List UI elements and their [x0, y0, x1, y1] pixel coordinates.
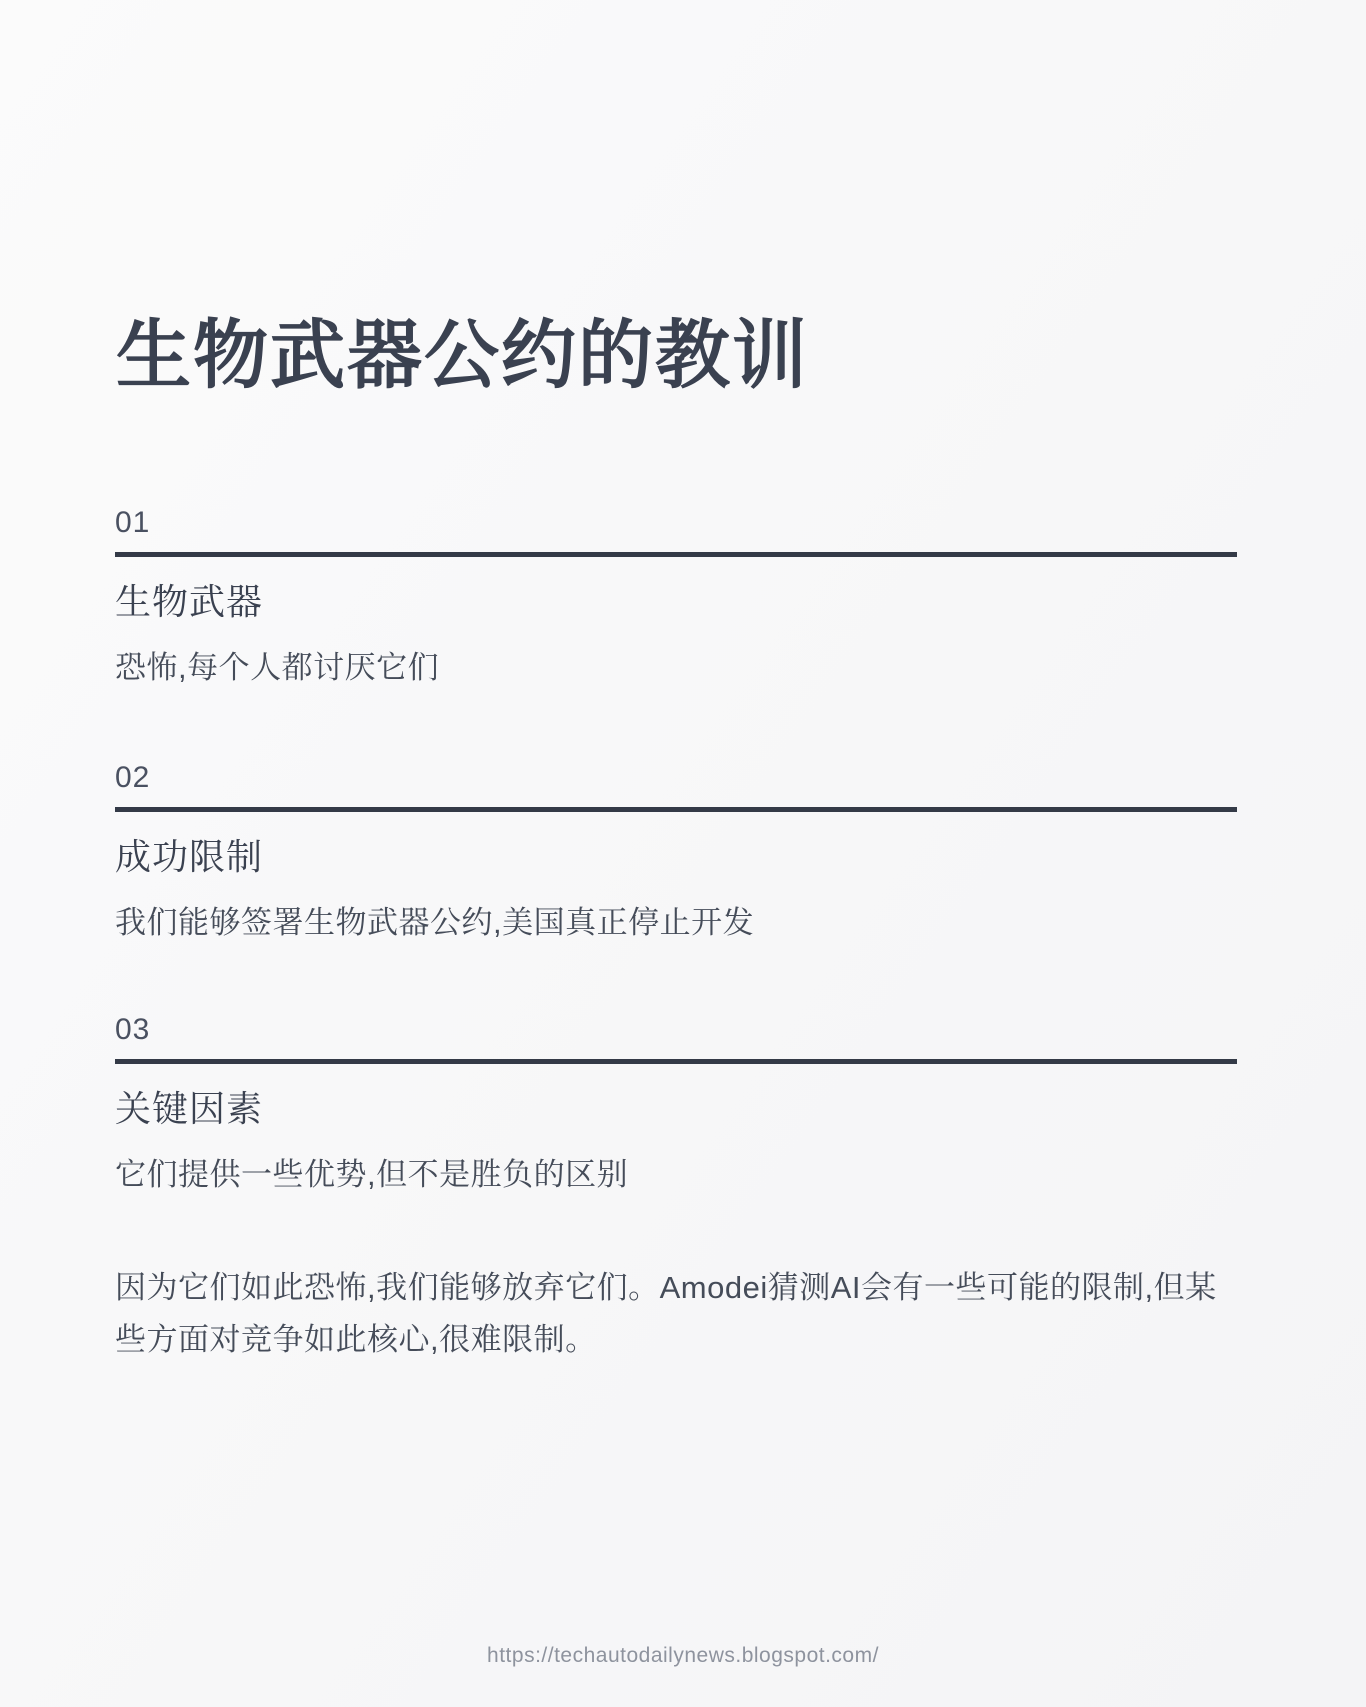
section-divider-rule: [115, 552, 1237, 557]
section-number: 01: [115, 508, 1237, 538]
section-divider-rule: [115, 807, 1237, 812]
section-number: 03: [115, 1015, 1237, 1045]
section-number: 02: [115, 763, 1237, 793]
section-heading: 关键因素: [115, 1090, 1237, 1128]
section-03: 03 关键因素 它们提供一些优势,但不是胜负的区别: [115, 1015, 1237, 1191]
section-description: 恐怖,每个人都讨厌它们: [115, 651, 1237, 684]
section-description: 它们提供一些优势,但不是胜负的区别: [115, 1158, 1237, 1191]
summary-paragraph: 因为它们如此恐怖,我们能够放弃它们。Amodei猜测AI会有一些可能的限制,但某…: [115, 1262, 1243, 1366]
section-heading: 生物武器: [115, 583, 1237, 621]
section-description: 我们能够签署生物武器公约,美国真正停止开发: [115, 906, 1237, 939]
section-01: 01 生物武器 恐怖,每个人都讨厌它们: [115, 508, 1237, 684]
page-title: 生物武器公约的教训: [116, 312, 809, 398]
section-02: 02 成功限制 我们能够签署生物武器公约,美国真正停止开发: [115, 763, 1237, 939]
slide-page: 生物武器公约的教训 01 生物武器 恐怖,每个人都讨厌它们 02 成功限制 我们…: [0, 0, 1366, 1707]
section-heading: 成功限制: [115, 838, 1237, 876]
section-divider-rule: [115, 1059, 1237, 1064]
footer-url: https://techautodailynews.blogspot.com/: [0, 1642, 1366, 1669]
